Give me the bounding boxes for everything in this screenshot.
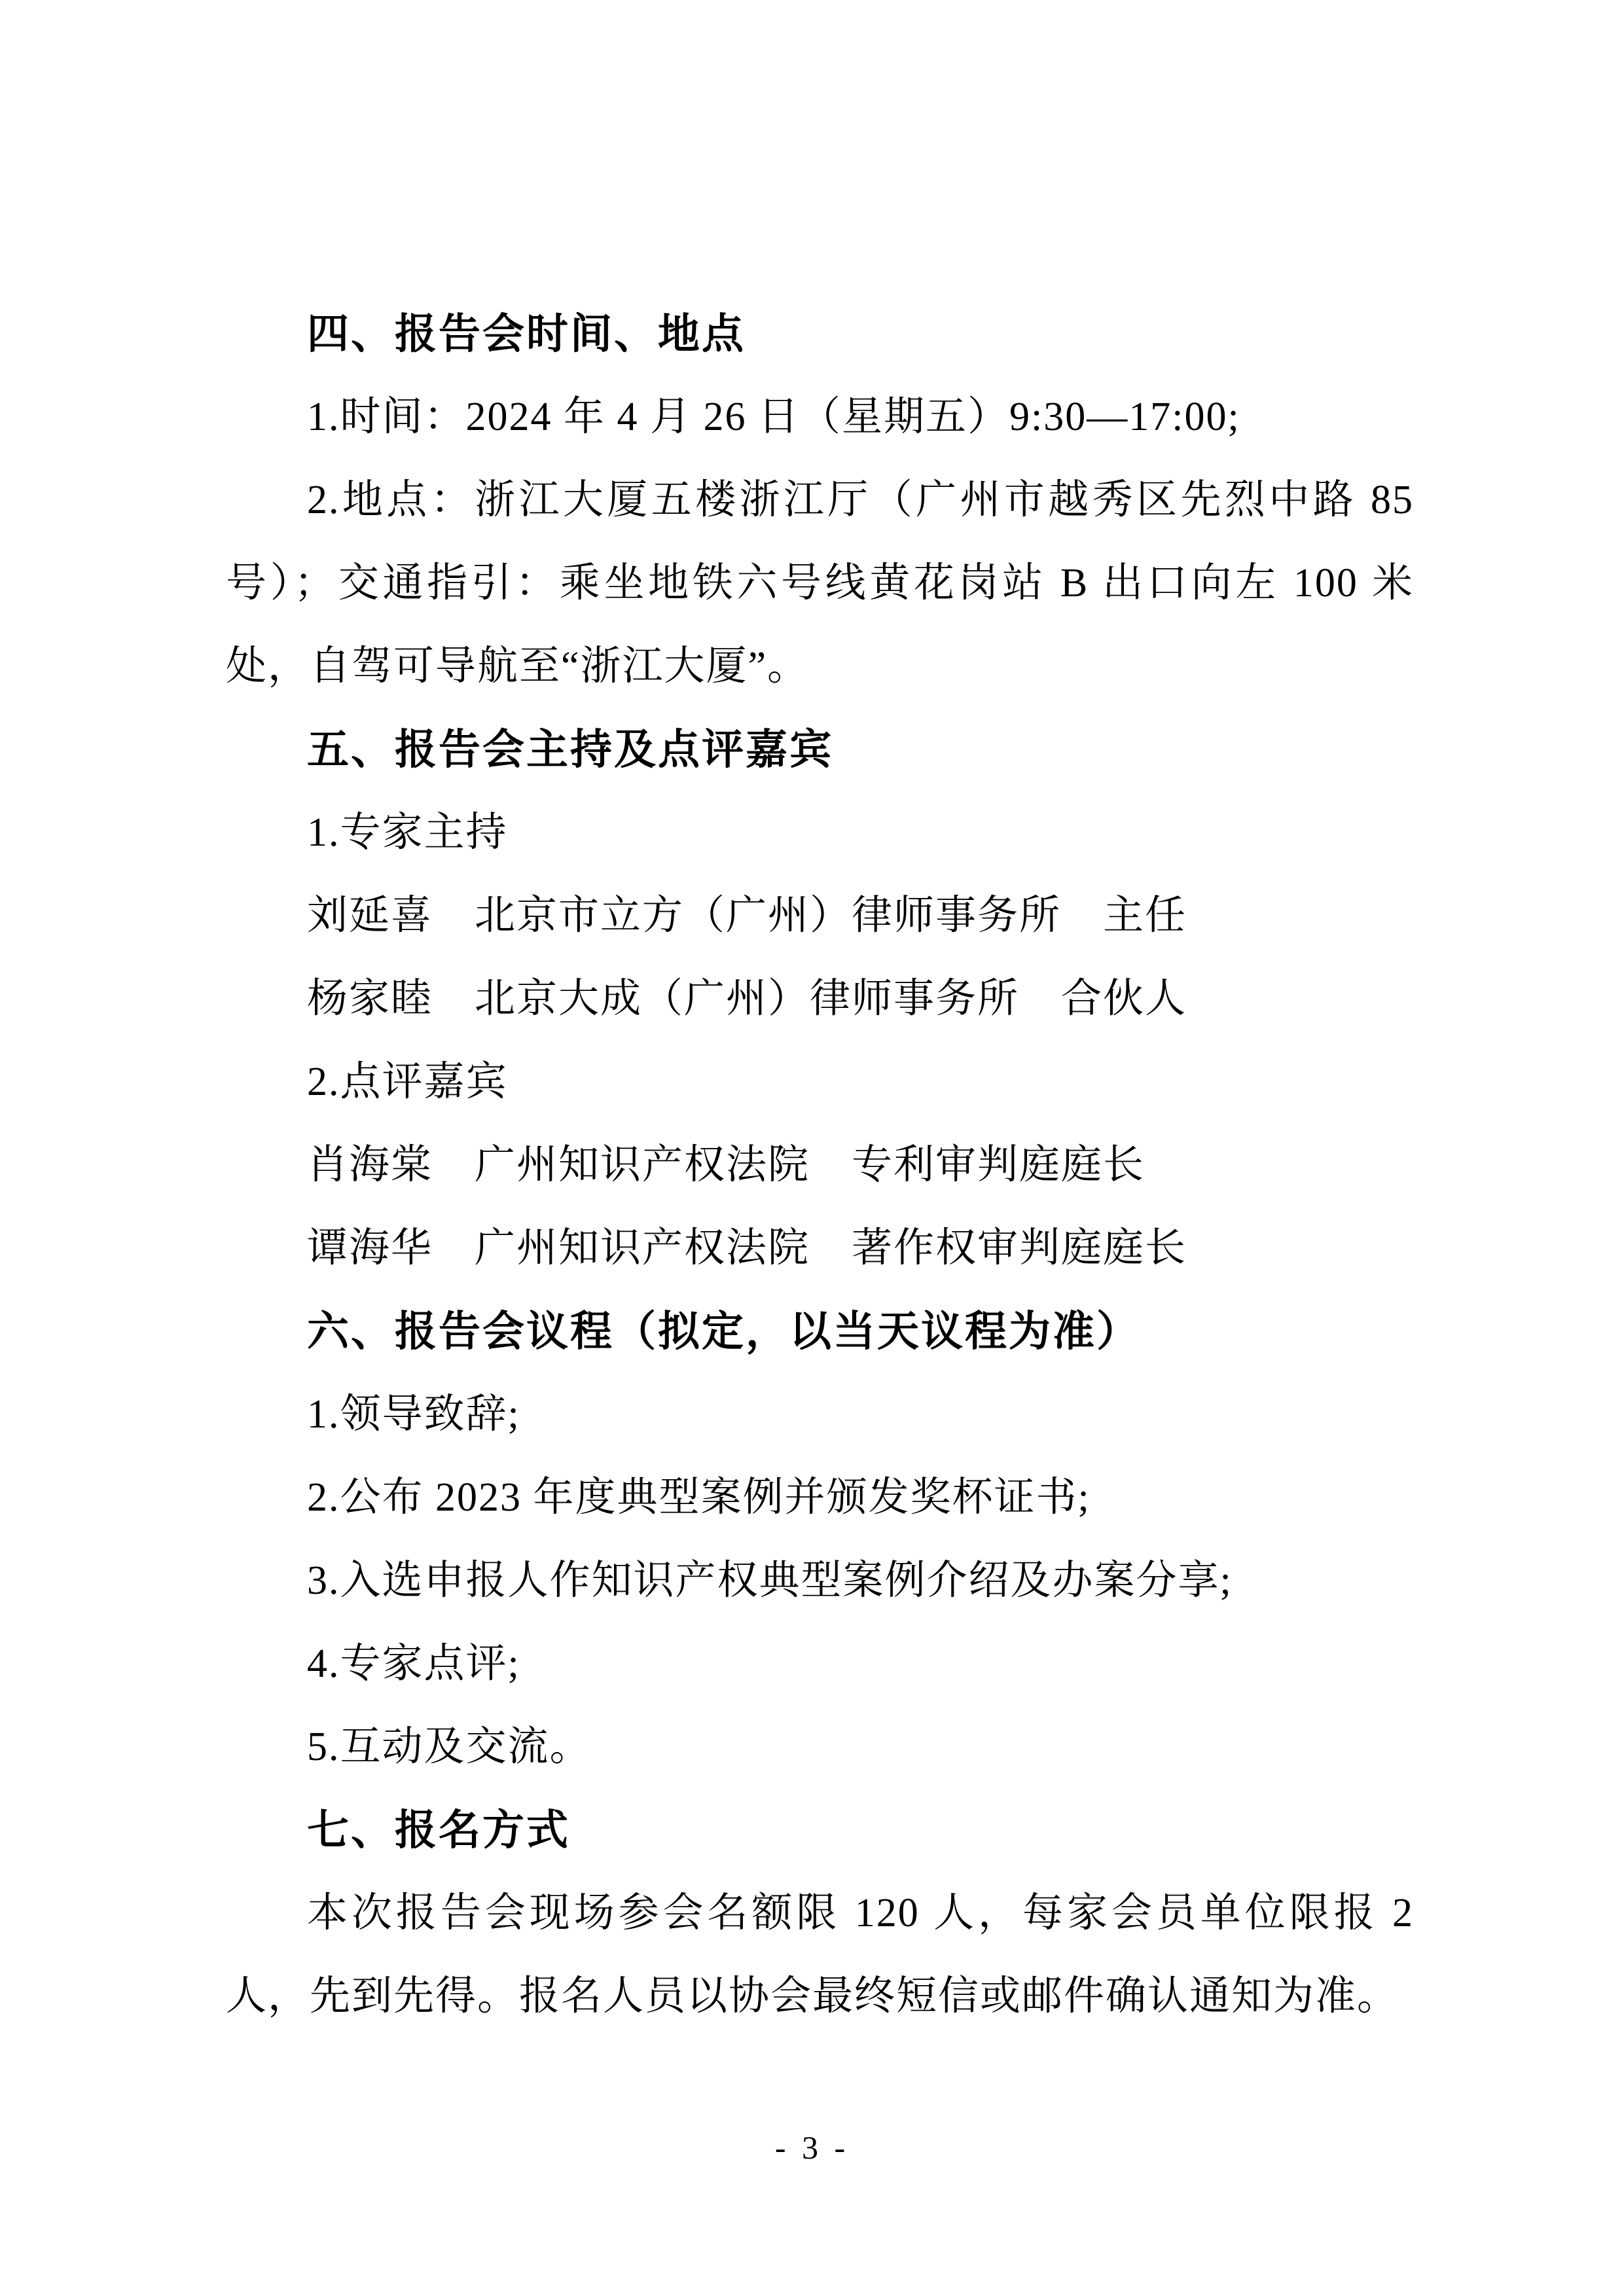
text-line: 杨家睦 北京大成（广州）律师事务所 合伙人 xyxy=(226,958,1414,1041)
text-line: 5.互动及交流。 xyxy=(226,1706,1414,1789)
section-heading: 五、报告会主持及点评嘉宾 xyxy=(226,708,1414,791)
text-line: 2.公布 2023 年度典型案例并颁发奖杯证书; xyxy=(226,1456,1414,1539)
page-background: 四、报告会时间、地点1.时间：2024 年 4 月 26 日（星期五）9:30—… xyxy=(0,0,1624,2296)
text-line: 本次报告会现场参会名额限 120 人，每家会员单位限报 2 xyxy=(226,1872,1414,1955)
document-page: { "page": { "width": 2481, "height": 350… xyxy=(0,0,1624,2296)
page-number: - 3 - xyxy=(0,2128,1624,2166)
text-line: 谭海华 广州知识产权法院 著作权审判庭庭长 xyxy=(226,1207,1414,1290)
text-line: 1.时间：2024 年 4 月 26 日（星期五）9:30—17:00; xyxy=(226,376,1414,459)
text-line: 处，自驾可导航至“浙江大厦”。 xyxy=(226,625,1414,708)
section-heading: 四、报告会时间、地点 xyxy=(226,293,1414,376)
text-line: 号）；交通指引：乘坐地铁六号线黄花岗站 B 出口向左 100 米 xyxy=(226,542,1414,625)
text-line: 1.专家主持 xyxy=(226,791,1414,874)
text-line: 刘延喜 北京市立方（广州）律师事务所 主任 xyxy=(226,874,1414,958)
section-heading: 七、报名方式 xyxy=(226,1789,1414,1872)
text-line: 人，先到先得。报名人员以协会最终短信或邮件确认通知为准。 xyxy=(226,1955,1414,2038)
text-line: 1.领导致辞; xyxy=(226,1373,1414,1456)
text-line: 2.地点：浙江大厦五楼浙江厅（广州市越秀区先烈中路 85 xyxy=(226,459,1414,542)
section-heading: 六、报告会议程（拟定，以当天议程为准） xyxy=(226,1290,1414,1373)
text-line: 4.专家点评; xyxy=(226,1623,1414,1706)
text-line: 2.点评嘉宾 xyxy=(226,1041,1414,1124)
text-line: 肖海棠 广州知识产权法院 专利审判庭庭长 xyxy=(226,1124,1414,1207)
text-line: 3.入选申报人作知识产权典型案例介绍及办案分享; xyxy=(226,1539,1414,1623)
document-content: 四、报告会时间、地点1.时间：2024 年 4 月 26 日（星期五）9:30—… xyxy=(226,293,1414,2038)
